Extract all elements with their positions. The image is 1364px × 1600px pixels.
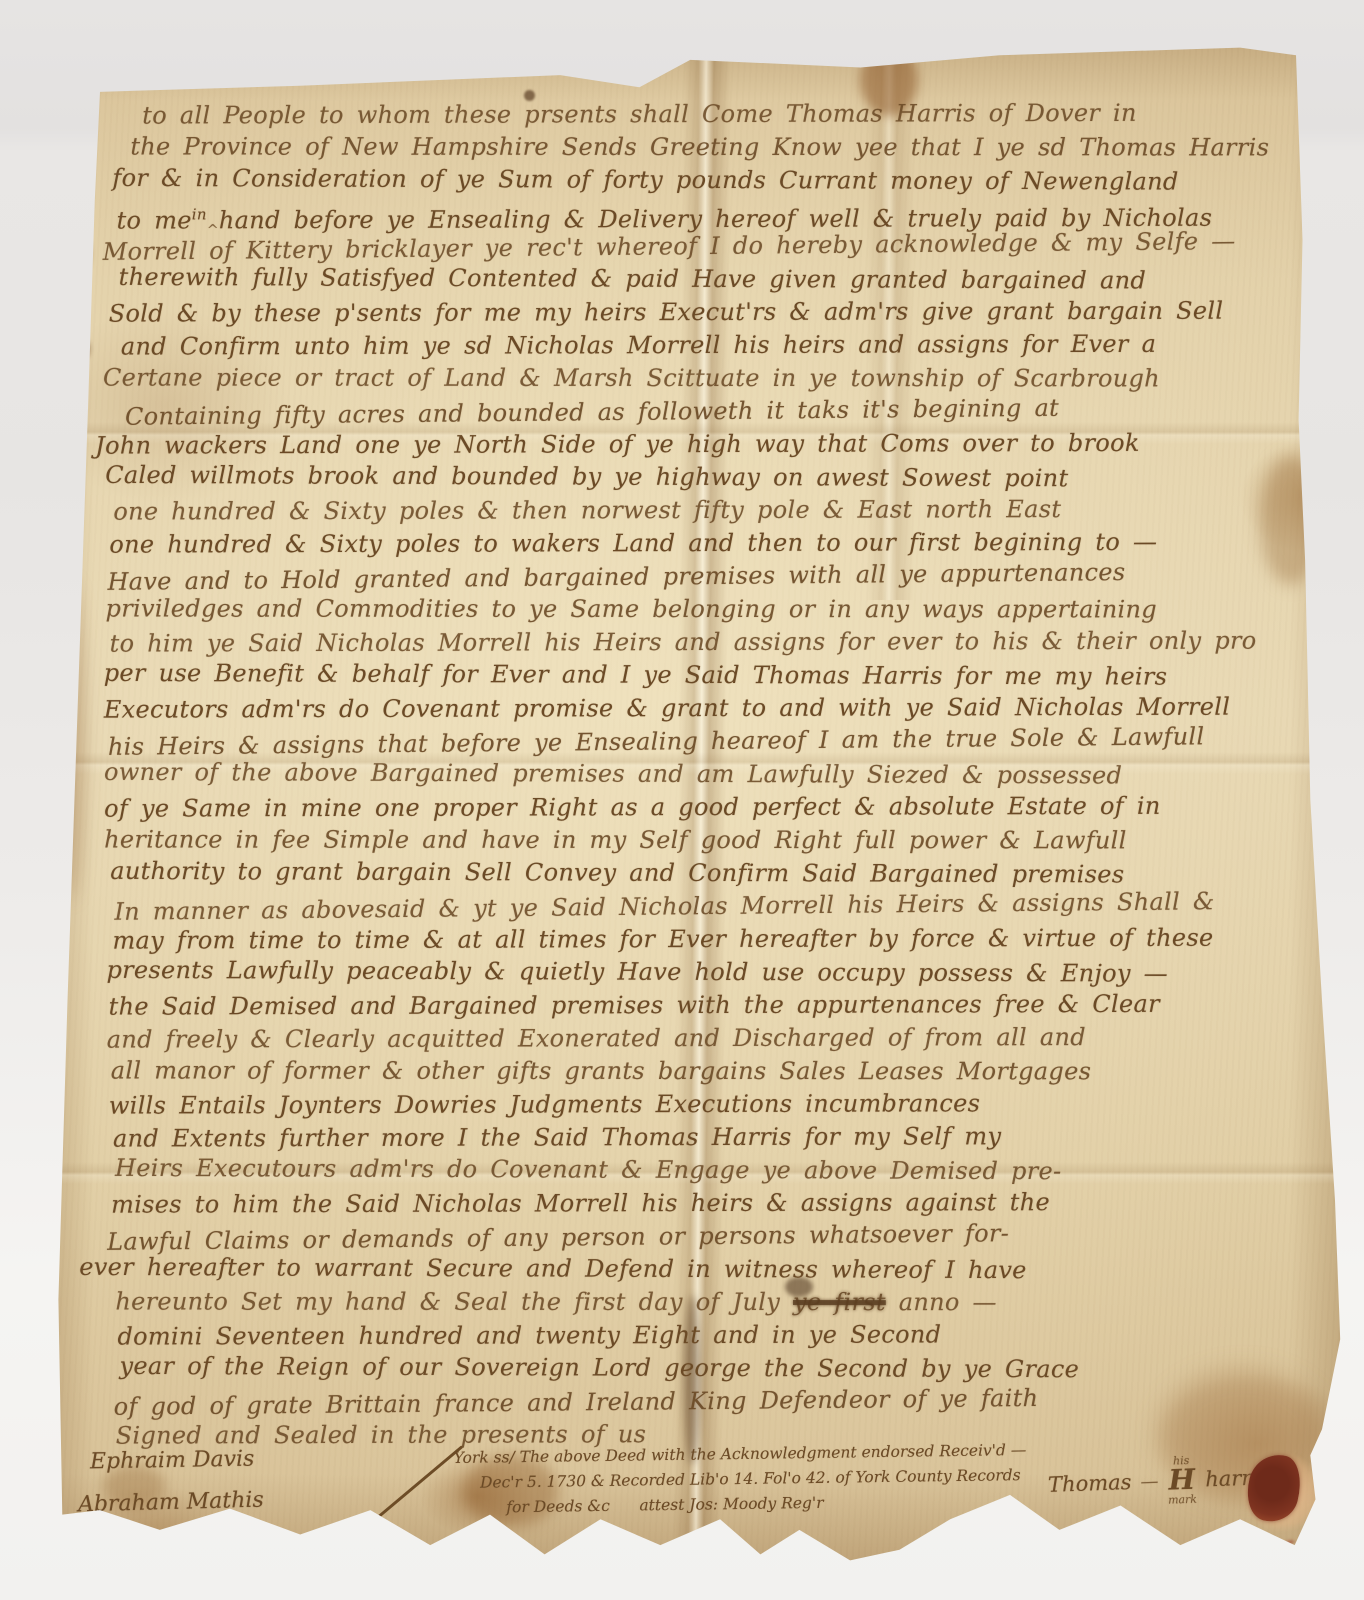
manuscript-line: for & in Consideration of ye Sum of fort… [112,162,1320,199]
signature-first-name: Thomas [1048,1470,1132,1497]
manuscript-line: the Said Demised and Bargained premises … [109,987,1323,1023]
recording-note: York ss/ The above Deed with the Acknowl… [454,1438,1028,1521]
manuscript-line: and Extents further more I the Said Thom… [113,1119,1323,1155]
witness-signature-abraham-mathis: Abraham Mathis [78,1488,264,1518]
manuscript-line: priviledges and Commodities to ye Same b… [106,592,1322,626]
manuscript-line: owner of the above Bargained premises an… [104,756,1322,793]
edge-stain [76,338,90,360]
witness-signature-ephraim-davis: Ephraim Davis [90,1447,255,1475]
left-edge-stain [52,580,84,900]
line-text: hereunto Set my hand & Seal the first da… [115,1287,793,1316]
manuscript-line-with-strike: hereunto Set my hand & Seal the first da… [115,1285,1323,1319]
signature-mark: H [1168,1466,1195,1495]
manuscript-line: one hundred & Sixty poles & then norwest… [113,492,1321,528]
manuscript-line: heritance in fee Simple and have in my S… [104,823,1322,857]
manuscript-line: Sold & by these p'sents for me my heirs … [109,294,1321,330]
manuscript-line: of ye Same in mine one proper Right as a… [104,789,1322,825]
manuscript-line: presents Lawfully peaceably & quietly Ha… [106,954,1322,991]
manuscript-line: ever hereafter to warrant Secure and Def… [79,1251,1323,1288]
line-text: anno — [886,1288,997,1316]
manuscript-line: wills Entails Joynters Dowries Judgments… [109,1086,1323,1122]
manuscript-line: and Confirm unto him ye sd Nicholas Morr… [121,327,1321,363]
deed-document-paper: to all People to whom these prsents shal… [48,40,1348,1565]
manuscript-line: the Province of New Hampshire Sends Gree… [130,130,1320,164]
manuscript-line: all manor of former & other gifts grants… [111,1054,1323,1088]
manuscript-line: therewith fully Satisfyed Contented & pa… [119,261,1321,298]
manuscript-line: and freely & Clearly acquitted Exonerate… [107,1020,1323,1056]
mark-his-label: his [1173,1455,1190,1467]
photo-background: to all People to whom these prsents shal… [0,0,1364,1600]
edge-stain [62,230,90,276]
manuscript-line: to all People to whom these prsents shal… [142,96,1320,132]
manuscript-line: to him ye Said Nicholas Morrell his Heir… [110,624,1322,660]
manuscript-line: Caled willmots brook and bounded by ye h… [105,459,1321,496]
line-text: to me [117,206,192,234]
inserted-word: in [192,205,207,223]
signature-dash: — [1140,1471,1159,1493]
mark-word-label: mark [1168,1494,1197,1506]
manuscript-line: domini Seventeen hundred and twenty Eigh… [117,1317,1323,1353]
signature-mark-column: his H mark [1167,1455,1198,1506]
manuscript-line: per use Benefit & behalf for Ever and I … [104,657,1322,694]
struck-text: ye first [793,1288,886,1316]
manuscript-body: to all People to whom these prsents shal… [102,96,1324,1452]
witness-slash-mark [359,1445,464,1533]
manuscript-line: Heirs Executours adm'rs do Covenant & En… [115,1152,1323,1189]
